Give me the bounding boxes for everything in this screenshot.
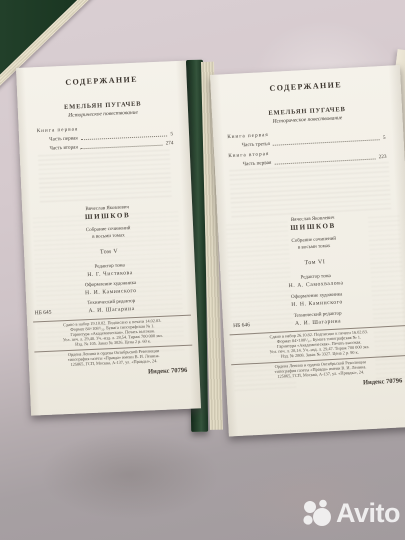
right-book-colophon-page: СОДЕРЖАНИЕ ЕМЕЛЬЯН ПУГАЧЕВ Историческое … (210, 65, 405, 436)
postal-index: Индекс 70796 (363, 377, 403, 386)
toc-label: Часть вторая (49, 144, 78, 151)
volume-number: Том V (24, 245, 194, 259)
volume-number: Том VI (220, 255, 405, 272)
toc-page-number: 5 (170, 131, 173, 137)
dot-leader (81, 144, 163, 149)
toc-label: Книга первая (227, 132, 269, 140)
toc-label: Часть третья (242, 141, 270, 148)
toc-book-row: Книга вторая (228, 151, 269, 159)
nb-code: НБ 646 (233, 322, 250, 329)
toc-label: Книга первая (37, 126, 79, 134)
fabric-shadow (40, 430, 220, 520)
contents-heading: СОДЕРЖАНИЕ (17, 74, 187, 90)
toc-label: Часть первая (49, 135, 78, 142)
contents-heading: СОДЕРЖАНИЕ (211, 78, 401, 97)
toc-label: Часть первая (243, 160, 272, 167)
nb-code: НБ 645 (35, 310, 52, 317)
toc-page-number: 274 (166, 140, 174, 146)
toc-page-number: 5 (383, 135, 386, 141)
toc-page-number: 223 (379, 154, 387, 160)
avito-watermark: Avito (301, 498, 400, 529)
dot-leader (273, 139, 380, 146)
toc-label: Книга вторая (228, 151, 269, 159)
bleed-through-text (38, 149, 172, 205)
avito-watermark-text: Avito (336, 498, 400, 529)
postal-index: Индекс 70796 (148, 367, 188, 376)
toc-part-row: Часть вторая 274 (49, 140, 173, 151)
dot-leader (81, 135, 168, 140)
bleed-through-text (229, 162, 391, 218)
toc-book-row: Книга первая (37, 126, 79, 134)
left-book-colophon-page: СОДЕРЖАНИЕ ЕМЕЛЬЯН ПУГАЧЕВ Историческое … (16, 61, 201, 416)
toc-book-row: Книга первая (227, 132, 269, 140)
avito-logo-icon (301, 499, 333, 529)
dot-leader (274, 158, 375, 164)
